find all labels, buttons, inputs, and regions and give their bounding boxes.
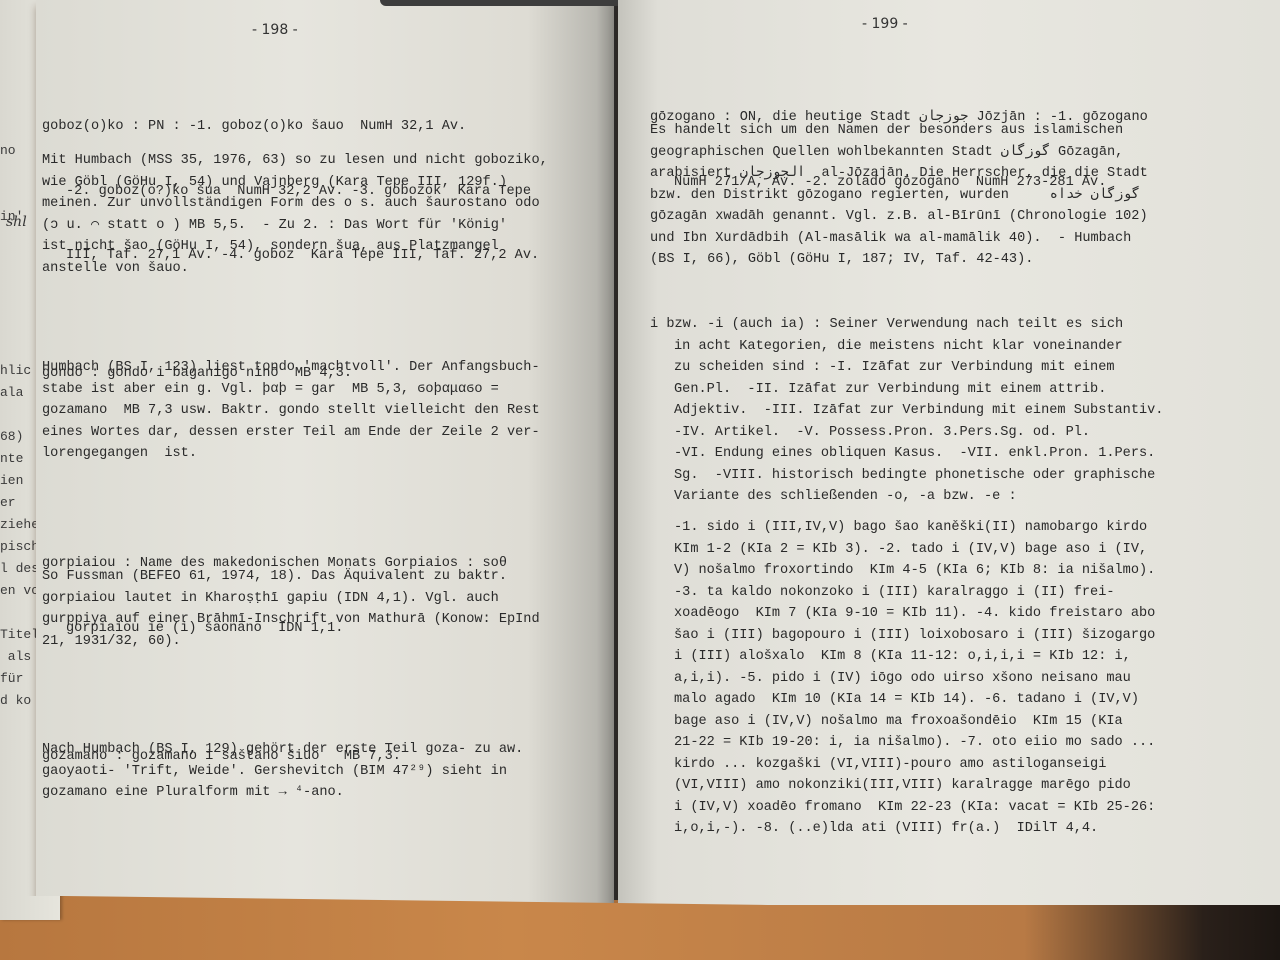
text-line: i bzw. -i (auch ia) : Seiner Verwendung … <box>650 314 1163 336</box>
text-line: -3. ta kaldo nokonzoko i (III) karalragg… <box>674 582 1155 604</box>
text-line: in acht Kategorien, die meistens nicht k… <box>650 336 1163 358</box>
text-line: gozamano MB 7,3 usw. Baktr. gondo stellt… <box>42 400 540 422</box>
text-line: (ɔ u. ⌒ statt o ) MB 5,5. - Zu 2. : Das … <box>42 215 548 237</box>
text-line: und Ibn Xurdādbih (Al-masālik wa al-mamā… <box>650 228 1148 250</box>
text-line: i (III) alošxalo KIm 8 (KIa 11-12: o,i,i… <box>674 646 1155 668</box>
left-page: - 198 - goboz(o)ko : PN : -1. goboz(o)ko… <box>36 0 614 920</box>
text-line: 21, 1931/32, 60). <box>42 631 540 653</box>
text-line: Adjektiv. -III. Izāfat zur Verbindung mi… <box>650 400 1163 422</box>
commentary-gondo: Humbach (BS I, 123) liest tondo 'machtvo… <box>42 357 540 465</box>
commentary-gozamano: Nach Humbach (BS I, 129) gehört der erst… <box>42 739 523 804</box>
text-line: wie Göbl (GöHu I, 54) und Vajnberg (Kara… <box>42 172 548 194</box>
commentary-gorpiaiou: So Fussman (BEFEO 61, 1974, 18). Das Äqu… <box>42 566 540 652</box>
text-line: gurppiya auf einer Brāhmī-Inschrift von … <box>42 609 540 631</box>
text-line: arabisiert الجوزجان al-Jōzajān. Die Herr… <box>650 163 1148 185</box>
text-line: bage aso i (IV,V) nošalmo ma froxoašondē… <box>674 711 1155 733</box>
text-line: gozamano eine Pluralform mit → ⁴-ano. <box>42 782 523 804</box>
text-line: kirdo ... kozgaški (VI,VIII)-pouro amo a… <box>674 754 1155 776</box>
text-line: -VI. Endung eines obliquen Kasus. -VII. … <box>650 443 1163 465</box>
text-line: gōzagān xwadāh genannt. Vgl. z.B. al-Bīr… <box>650 206 1148 228</box>
page-number-left: - 198 - <box>252 22 298 38</box>
text-line: So Fussman (BEFEO 61, 1974, 18). Das Äqu… <box>42 566 540 588</box>
text-line: Sg. -VIII. historisch bedingte phonetisc… <box>650 465 1163 487</box>
text-line: 21-22 = KIb 19-20: i, ia nišalmo). -7. o… <box>674 732 1155 754</box>
text-line: bzw. den Distrikt gōzogano regierten, wu… <box>650 185 1148 207</box>
commentary-gozogano: Es handelt sich um den Namen der besonde… <box>650 120 1148 271</box>
text-line: šao i (III) bagopouro i (III) loixobosar… <box>674 625 1155 647</box>
text-line: -IV. Artikel. -V. Possess.Pron. 3.Pers.S… <box>650 422 1163 444</box>
top-shadow <box>380 0 620 6</box>
text-line: V) nošalmo froxortindo KIm 4-5 (KIa 6; K… <box>674 560 1155 582</box>
text-line: a,i,i). -5. pido i (IV) iōgo odo uirso x… <box>674 668 1155 690</box>
text-line: meinen. Zur unvollständigen Form des o s… <box>42 193 548 215</box>
text-line: gorpiaiou lautet in Kharoṣṭhī gapiu (IDN… <box>42 588 540 610</box>
commentary-goboz(o)ko: Mit Humbach (MSS 35, 1976, 63) so zu les… <box>42 150 548 279</box>
book-spread: - 198 - goboz(o)ko : PN : -1. goboz(o)ko… <box>0 0 1280 905</box>
text-line: i (IV,V) xoadēo fromano KIm 22-23 (KIa: … <box>674 797 1155 819</box>
text-line: zu scheiden sind : -I. Izāfat zur Verbin… <box>650 357 1163 379</box>
text-line: stabe ist aber ein g. Vgl. ϸαϸ = gar MB … <box>42 379 540 401</box>
text-line: Mit Humbach (MSS 35, 1976, 63) so zu les… <box>42 150 548 172</box>
text-line: Humbach (BS I, 123) liest tondo 'machtvo… <box>42 357 540 379</box>
entry-line: goboz(o)ko : PN : -1. goboz(o)ko šauo Nu… <box>42 116 539 138</box>
text-line: Gen.Pl. -II. Izāfat zur Verbindung mit e… <box>650 379 1163 401</box>
text-line: Variante des schließenden -o, -a bzw. -e… <box>650 486 1163 508</box>
text-line: anstelle von šauo. <box>42 258 548 280</box>
text-line: -1. sido i (III,IV,V) bago šao kaněški(I… <box>674 517 1155 539</box>
text-line: gaoyaoti- 'Trift, Weide'. Gershevitch (B… <box>42 761 523 783</box>
text-line: Nach Humbach (BS I, 129) gehört der erst… <box>42 739 523 761</box>
text-line: Es handelt sich um den Namen der besonde… <box>650 120 1148 142</box>
text-line: xoadēogo KIm 7 (KIa 9-10 = KIb 11). -4. … <box>674 603 1155 625</box>
text-line: geographischen Quellen wohlbekannten Sta… <box>650 142 1148 164</box>
text-line: (VI,VIII) amo nokonziki(III,VIII) karalr… <box>674 775 1155 797</box>
text-line: malo agado KIm 10 (KIa 14 = KIb 14). -6.… <box>674 689 1155 711</box>
text-line: KIm 1-2 (KIa 2 = KIb 3). -2. tado i (IV,… <box>674 539 1155 561</box>
right-page: - 199 - gōzogano : ON, die heutige Stadt… <box>618 0 1280 905</box>
text-line: ist nicht šao (GöHu I, 54), sondern šua,… <box>42 236 548 258</box>
text-line: eines Wortes dar, dessen erster Teil am … <box>42 422 540 444</box>
text-line: lorengegangen ist. <box>42 443 540 465</box>
entry-i: i bzw. -i (auch ia) : Seiner Verwendung … <box>650 314 1163 508</box>
examples-i: -1. sido i (III,IV,V) bago šao kaněški(I… <box>674 517 1155 840</box>
text-line: (BS I, 66), Göbl (GöHu I, 187; IV, Taf. … <box>650 249 1148 271</box>
text-line: i,o,i,-). -8. (..e)lda ati (VIII) fr(a.)… <box>674 818 1155 840</box>
page-number-right: - 199 - <box>862 16 908 32</box>
